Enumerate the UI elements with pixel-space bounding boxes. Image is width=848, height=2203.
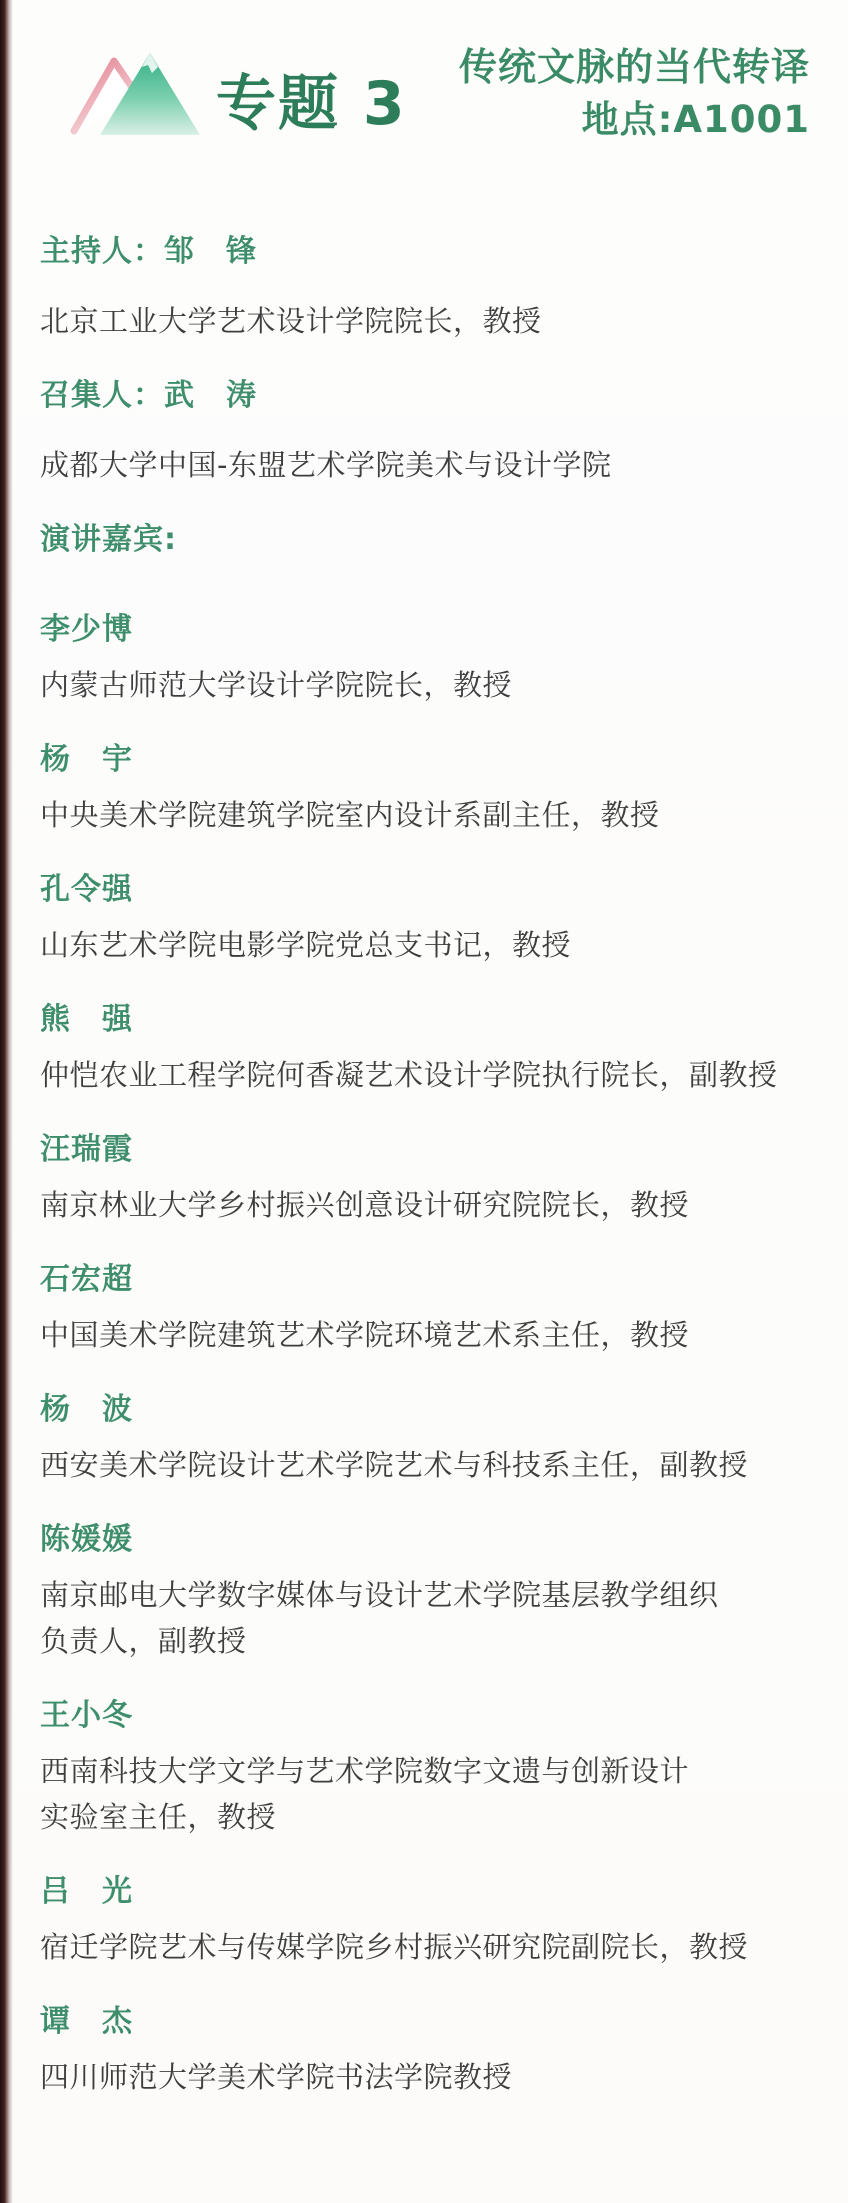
speaker-affiliation-line: 南京林业大学乡村振兴创意设计研究院院长，教授 bbox=[40, 1182, 810, 1228]
speaker-affiliation-line: 西南科技大学文学与艺术学院数字文遗与创新设计 bbox=[40, 1748, 810, 1794]
host-label: 主持人： bbox=[40, 234, 164, 269]
speaker-affiliation: 中央美术学院建筑学院室内设计系副主任，教授 bbox=[40, 792, 810, 838]
speaker-affiliation: 山东艺术学院电影学院党总支书记，教授 bbox=[40, 922, 810, 968]
host-block: 主持人：邹 锋 北京工业大学艺术设计学院院长，教授 bbox=[40, 234, 810, 344]
speaker-name: 陈媛媛 bbox=[40, 1522, 810, 1558]
speaker-item: 王小冬 西南科技大学文学与艺术学院数字文遗与创新设计实验室主任，教授 bbox=[40, 1698, 810, 1840]
speaker-affiliation-line: 南京邮电大学数字媒体与设计艺术学院基层教学组织 bbox=[40, 1572, 810, 1618]
speaker-affiliation: 宿迁学院艺术与传媒学院乡村振兴研究院副院长，教授 bbox=[40, 1924, 810, 1970]
speaker-affiliation-line: 中国美术学院建筑艺术学院环境艺术系主任，教授 bbox=[40, 1312, 810, 1358]
speaker-affiliation: 内蒙古师范大学设计学院院长，教授 bbox=[40, 662, 810, 708]
speaker-affiliation-line: 实验室主任，教授 bbox=[40, 1794, 810, 1840]
speaker-affiliation: 四川师范大学美术学院书法学院教授 bbox=[40, 2054, 810, 2100]
session-title-block: 传统文脉的当代转译 地点:A1001 bbox=[459, 41, 810, 144]
convener-affiliation: 成都大学中国-东盟艺术学院美术与设计学院 bbox=[40, 442, 810, 488]
speaker-name: 王小冬 bbox=[40, 1698, 810, 1734]
speaker-affiliation-line: 负责人，副教授 bbox=[40, 1618, 810, 1664]
speaker-item: 杨 宇 中央美术学院建筑学院室内设计系副主任，教授 bbox=[40, 742, 810, 838]
header: 专题 3 传统文脉的当代转译 地点:A1001 bbox=[40, 30, 810, 152]
speaker-name: 吕 光 bbox=[40, 1874, 810, 1910]
page-left-edge bbox=[0, 0, 13, 2203]
speaker-name: 杨 波 bbox=[40, 1392, 810, 1428]
speaker-affiliation-line: 四川师范大学美术学院书法学院教授 bbox=[40, 2054, 810, 2100]
speaker-affiliation-line: 仲恺农业工程学院何香凝艺术设计学院执行院长，副教授 bbox=[40, 1052, 810, 1098]
speaker-name: 杨 宇 bbox=[40, 742, 810, 778]
speaker-affiliation-line: 宿迁学院艺术与传媒学院乡村振兴研究院副院长，教授 bbox=[40, 1924, 810, 1970]
speaker-item: 李少博 内蒙古师范大学设计学院院长，教授 bbox=[40, 612, 810, 708]
speakers-list: 李少博 内蒙古师范大学设计学院院长，教授 杨 宇 中央美术学院建筑学院室内设计系… bbox=[40, 612, 810, 2100]
convener-line: 召集人：武 涛 bbox=[40, 378, 810, 414]
speaker-name: 熊 强 bbox=[40, 1002, 810, 1038]
speaker-item: 熊 强 仲恺农业工程学院何香凝艺术设计学院执行院长，副教授 bbox=[40, 1002, 810, 1098]
convener-name: 武 涛 bbox=[164, 378, 257, 413]
convener-block: 召集人：武 涛 成都大学中国-东盟艺术学院美术与设计学院 bbox=[40, 378, 810, 488]
speaker-item: 谭 杰 四川师范大学美术学院书法学院教授 bbox=[40, 2004, 810, 2100]
session-card: 专题 3 传统文脉的当代转译 地点:A1001 主持人：邹 锋 北京工业大学艺术… bbox=[0, 0, 848, 2100]
speaker-name: 谭 杰 bbox=[40, 2004, 810, 2040]
topic-number-label: 专题 3 bbox=[216, 56, 407, 142]
speaker-name: 汪瑞霞 bbox=[40, 1132, 810, 1168]
speaker-affiliation: 中国美术学院建筑艺术学院环境艺术系主任，教授 bbox=[40, 1312, 810, 1358]
session-title: 传统文脉的当代转译 bbox=[459, 41, 810, 94]
host-affiliation: 北京工业大学艺术设计学院院长，教授 bbox=[40, 298, 810, 344]
host-name: 邹 锋 bbox=[164, 234, 257, 269]
speaker-item: 汪瑞霞 南京林业大学乡村振兴创意设计研究院院长，教授 bbox=[40, 1132, 810, 1228]
speaker-affiliation: 西安美术学院设计艺术学院艺术与科技系主任，副教授 bbox=[40, 1442, 810, 1488]
roles-section: 主持人：邹 锋 北京工业大学艺术设计学院院长，教授 召集人：武 涛 成都大学中国… bbox=[40, 234, 810, 488]
speaker-affiliation-line: 中央美术学院建筑学院室内设计系副主任，教授 bbox=[40, 792, 810, 838]
session-location: 地点:A1001 bbox=[459, 95, 810, 145]
speaker-item: 孔令强 山东艺术学院电影学院党总支书记，教授 bbox=[40, 872, 810, 968]
speaker-item: 陈媛媛 南京邮电大学数字媒体与设计艺术学院基层教学组织负责人，副教授 bbox=[40, 1522, 810, 1664]
speaker-affiliation-line: 山东艺术学院电影学院党总支书记，教授 bbox=[40, 922, 810, 968]
convener-label: 召集人： bbox=[40, 378, 164, 413]
speaker-affiliation: 南京林业大学乡村振兴创意设计研究院院长，教授 bbox=[40, 1182, 810, 1228]
speaker-name: 李少博 bbox=[40, 612, 810, 648]
speaker-item: 石宏超 中国美术学院建筑艺术学院环境艺术系主任，教授 bbox=[40, 1262, 810, 1358]
speaker-item: 吕 光 宿迁学院艺术与传媒学院乡村振兴研究院副院长，教授 bbox=[40, 1874, 810, 1970]
mountain-logo-icon bbox=[70, 47, 202, 135]
speaker-affiliation: 仲恺农业工程学院何香凝艺术设计学院执行院长，副教授 bbox=[40, 1052, 810, 1098]
speaker-item: 杨 波 西安美术学院设计艺术学院艺术与科技系主任，副教授 bbox=[40, 1392, 810, 1488]
speaker-name: 石宏超 bbox=[40, 1262, 810, 1298]
speaker-affiliation: 西南科技大学文学与艺术学院数字文遗与创新设计实验室主任，教授 bbox=[40, 1748, 810, 1840]
speaker-affiliation: 南京邮电大学数字媒体与设计艺术学院基层教学组织负责人，副教授 bbox=[40, 1572, 810, 1664]
speaker-affiliation-line: 内蒙古师范大学设计学院院长，教授 bbox=[40, 662, 810, 708]
speaker-affiliation-line: 西安美术学院设计艺术学院艺术与科技系主任，副教授 bbox=[40, 1442, 810, 1488]
speakers-heading: 演讲嘉宾: bbox=[40, 522, 810, 558]
host-line: 主持人：邹 锋 bbox=[40, 234, 810, 270]
speaker-name: 孔令强 bbox=[40, 872, 810, 908]
